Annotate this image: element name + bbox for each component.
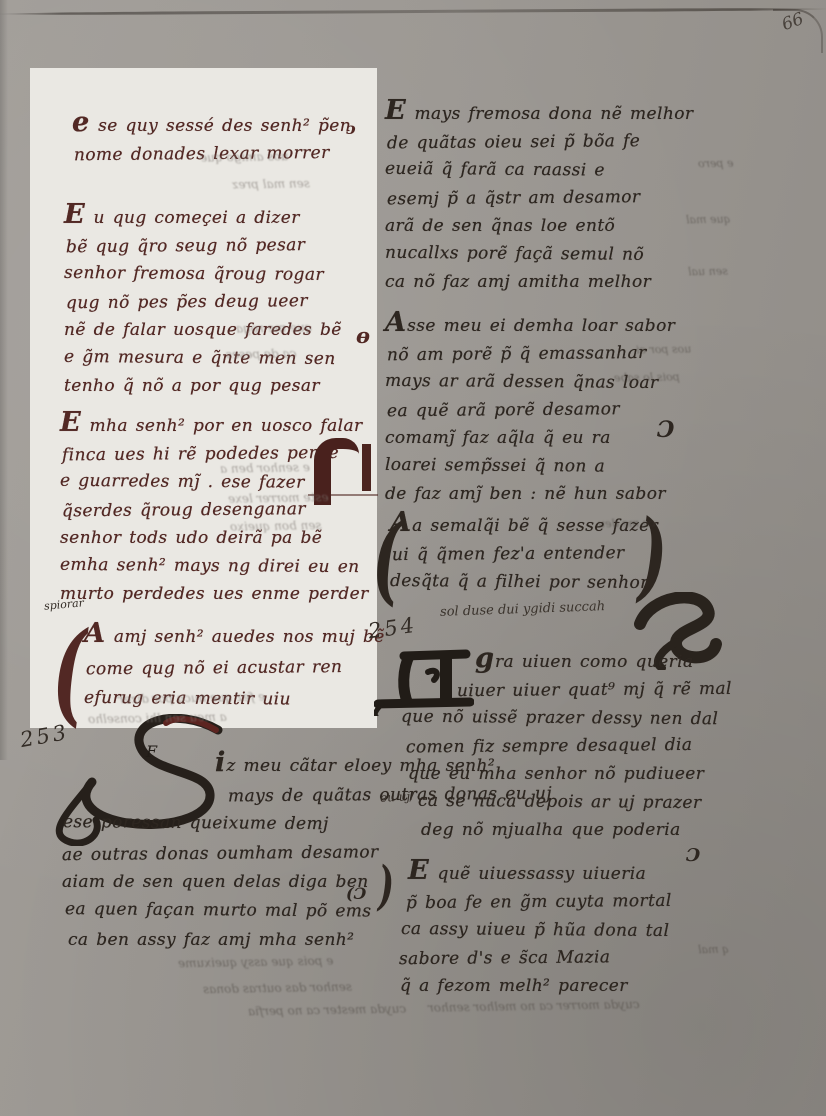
uncial-initial-n — [314, 438, 378, 496]
right-stanza-1: E mays fremosa dona nẽ melhorde quãtas o… — [385, 96, 693, 296]
show-through-text: e pois que assy queixume — [178, 954, 334, 971]
verse-line: desq̃ta q̃ a filhei por senhor — [390, 567, 658, 597]
verse-line: nẽ de falar uosque faredes bẽ — [64, 316, 342, 344]
verse-line: nõ am porẽ p̃ q̃ emassanhar — [387, 339, 677, 370]
verse-line: de faz amj̃ ben : nẽ hun sabor — [385, 480, 675, 508]
verse-line: come qug nõ ei acustar ren — [86, 652, 387, 686]
show-through-text: cuyda mester ca no perfia — [248, 1002, 406, 1019]
verse-line: ui q̃ q̃men fez'a entender — [392, 539, 660, 569]
verse-line: ca nõ faz amj amitha melhor — [385, 268, 693, 296]
verse-line: eueiã q̃ farã ca raassi e — [385, 155, 694, 185]
manuscript-page: 66 e se quy sessé des senh² p̃ennome don… — [0, 0, 826, 1116]
verse-line: p̃ boa fe en g̃m cuyta mortal — [406, 887, 672, 917]
verse-line: murto perdedes ues enme perder — [60, 580, 369, 608]
verse-line: ca se nũca depois ar uj prazer — [418, 787, 730, 817]
verse-line: Aa semalq̃i bẽ q̃ sesse fazer — [390, 508, 658, 540]
inline-correction: eu uj/ — [380, 789, 415, 805]
verse-line: bẽ qug q̃ro seug nõ pesar — [66, 231, 344, 261]
verse-line: sabore d's e s̃ca Mazia — [399, 943, 672, 973]
scribal-mark: Ɔ — [657, 419, 675, 441]
show-through-text: q mal — [698, 943, 729, 957]
verse-line: emha senh² mays ng direi eu en — [60, 551, 369, 581]
verse-line: de quãtas oieu sei p̃ bõa fe — [387, 127, 696, 158]
verse-line: comen fiz sempre desaquel dia — [406, 731, 732, 762]
left-stanza-4: A amj senh² auedes nos muj bẽcome qug nõ… — [84, 618, 385, 715]
verse-line: qug nõ pes p̃es deug ueer — [66, 287, 344, 317]
page-left-edge — [0, 0, 8, 760]
right-stanza-5: E quẽ uiuessassy uiueriap̃ boa fe en g̃m… — [385, 856, 670, 1000]
verse-line: e g̃m mesura e q̃nte men sen — [64, 343, 342, 373]
verse-line: nome donades lexar morrer — [74, 139, 353, 169]
verse-line: nucallxs porẽ façã semul nõ — [385, 239, 694, 269]
left-stanza-2: E u qug começei a dizerbẽ qug q̃ro seug … — [64, 200, 342, 400]
verse-line: E mha senh² por en uosco falar — [60, 408, 369, 440]
verse-line: arã de sen q̃nas loe entõ — [385, 212, 693, 240]
verse-line: deg nõ mjualha que poderia — [421, 816, 730, 844]
verse-line: senhor fremosa q̃roug rogar — [64, 259, 342, 289]
verse-line: loarei semp̃ssei q̃ non a — [385, 451, 675, 481]
show-through-text: senhor das outras donas — [203, 980, 352, 997]
verse-line: A amj senh² auedes nos muj bẽ — [84, 618, 385, 653]
verse-line: uiuer uiuer quat⁹ mj q̃ rẽ mal — [457, 675, 732, 705]
verse-line: gra uiuen como queria — [475, 644, 730, 676]
verse-line: senhor tods udo deirã pa bẽ — [60, 524, 369, 552]
verse-line: tenho q̃ nõ a por qug pesar — [64, 372, 342, 400]
verse-line: que eu mha senhor nõ pudiueer — [408, 760, 730, 788]
verse-line: E mays fremosa dona nẽ melhor — [385, 96, 693, 128]
show-through-text: e pero — [698, 157, 734, 171]
verse-line: e se quy sessé des senh² p̃en — [72, 108, 351, 140]
scribal-mark: ɵ — [356, 325, 370, 346]
scribal-mark: ) — [638, 508, 667, 604]
initial-n-bar — [362, 444, 371, 491]
verse-line: ea quẽ arã porẽ desamor — [387, 395, 677, 426]
verse-line: que nõ uissẽ prazer dessy nen dal — [401, 703, 730, 734]
scribal-mark: (Ɔ — [346, 886, 366, 902]
verse-line: efurug eria mentir uiu — [84, 683, 385, 716]
scribal-mark: ( — [372, 512, 401, 608]
initial-n-baseline — [308, 494, 378, 496]
left-stanza-1: e se quy sessé des senh² p̃ennome donade… — [72, 108, 351, 168]
verse-line: q̃ a fezom melh² parecer — [400, 972, 670, 1000]
verse-line: esemj p̃ a q̃str am desamor — [387, 183, 696, 214]
verse-line: Asse meu ei demha loar sabor — [385, 308, 675, 340]
scribal-mark: Ɔ — [686, 847, 700, 865]
scribal-mark: ( — [52, 617, 86, 729]
verse-line: E u qug começei a dizer — [64, 200, 342, 232]
scribal-mark: ) — [378, 860, 394, 913]
colocci-note: sol duse dui ygidi succah — [440, 599, 606, 620]
show-through-text: sen ual — [688, 265, 728, 279]
right-stanza-2: Asse meu ei demha loar sabornõ am porẽ p… — [385, 308, 675, 508]
verse-line: mays ar arã dessen q̃nas loar — [385, 367, 675, 397]
right-stanza-3: Aa semalq̃i bẽ q̃ sesse fazerui q̃ q̃men… — [390, 508, 658, 596]
verse-line: comamj̃ faz aq̃la q̃ eu ra — [385, 424, 675, 452]
verse-line: ca assy uiueu p̃ hũa dona tal — [401, 915, 670, 945]
scribal-mark: ɔ — [346, 121, 356, 137]
verse-line: E quẽ uiuessassy uiueria — [408, 856, 670, 888]
right-stanza-4: gra uiuen como queriauiuer uiuer quat⁹ m… — [385, 644, 730, 844]
page-top-edge — [0, 7, 826, 15]
